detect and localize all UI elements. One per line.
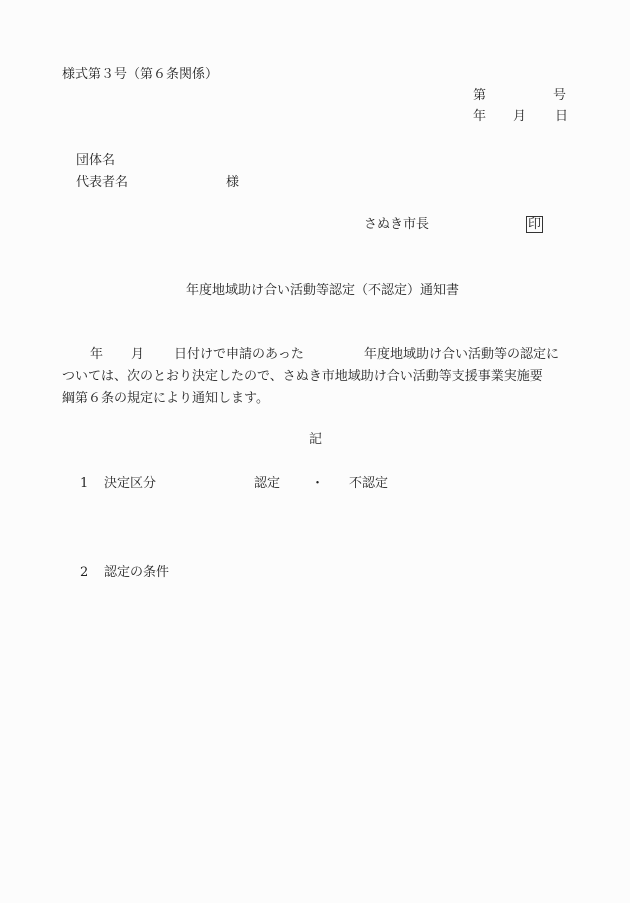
- item2-label: 認定の条件: [104, 565, 169, 581]
- representative-label: 代表者名: [76, 175, 128, 191]
- body-year: 年: [90, 347, 103, 363]
- sender-name: さぬき市長: [364, 217, 429, 233]
- item1-label: 決定区分: [104, 476, 156, 492]
- option-approved: 認定: [254, 476, 280, 492]
- date-month: 月: [513, 109, 526, 125]
- body-line2: ついては、次のとおり決定したので、さぬき市地域助け合い活動等支援事業実施要: [62, 369, 543, 385]
- form-number: 様式第３号（第６条関係）: [62, 67, 218, 83]
- body-line1-rest: 日付けで申請のあった: [174, 347, 304, 363]
- body-line3: 綱第６条の規定により通知します。: [62, 391, 269, 407]
- ki-heading: 記: [309, 432, 322, 448]
- seal-mark: 印: [526, 216, 543, 233]
- doc-number-suffix: 号: [553, 88, 566, 104]
- option-separator: ・: [311, 476, 324, 492]
- option-not-approved: 不認定: [349, 476, 388, 492]
- doc-number-prefix: 第: [473, 88, 486, 104]
- body-line1-tail: 年度地域助け合い活動等の認定に: [364, 347, 559, 363]
- date-year: 年: [473, 109, 486, 125]
- body-month: 月: [131, 347, 144, 363]
- document-title: 年度地域助け合い活動等認定（不認定）通知書: [186, 283, 459, 299]
- date-day: 日: [555, 109, 568, 125]
- item2-number: 2: [80, 565, 88, 581]
- honorific: 様: [226, 175, 239, 191]
- org-name-label: 団体名: [76, 153, 115, 169]
- item1-number: 1: [80, 476, 88, 492]
